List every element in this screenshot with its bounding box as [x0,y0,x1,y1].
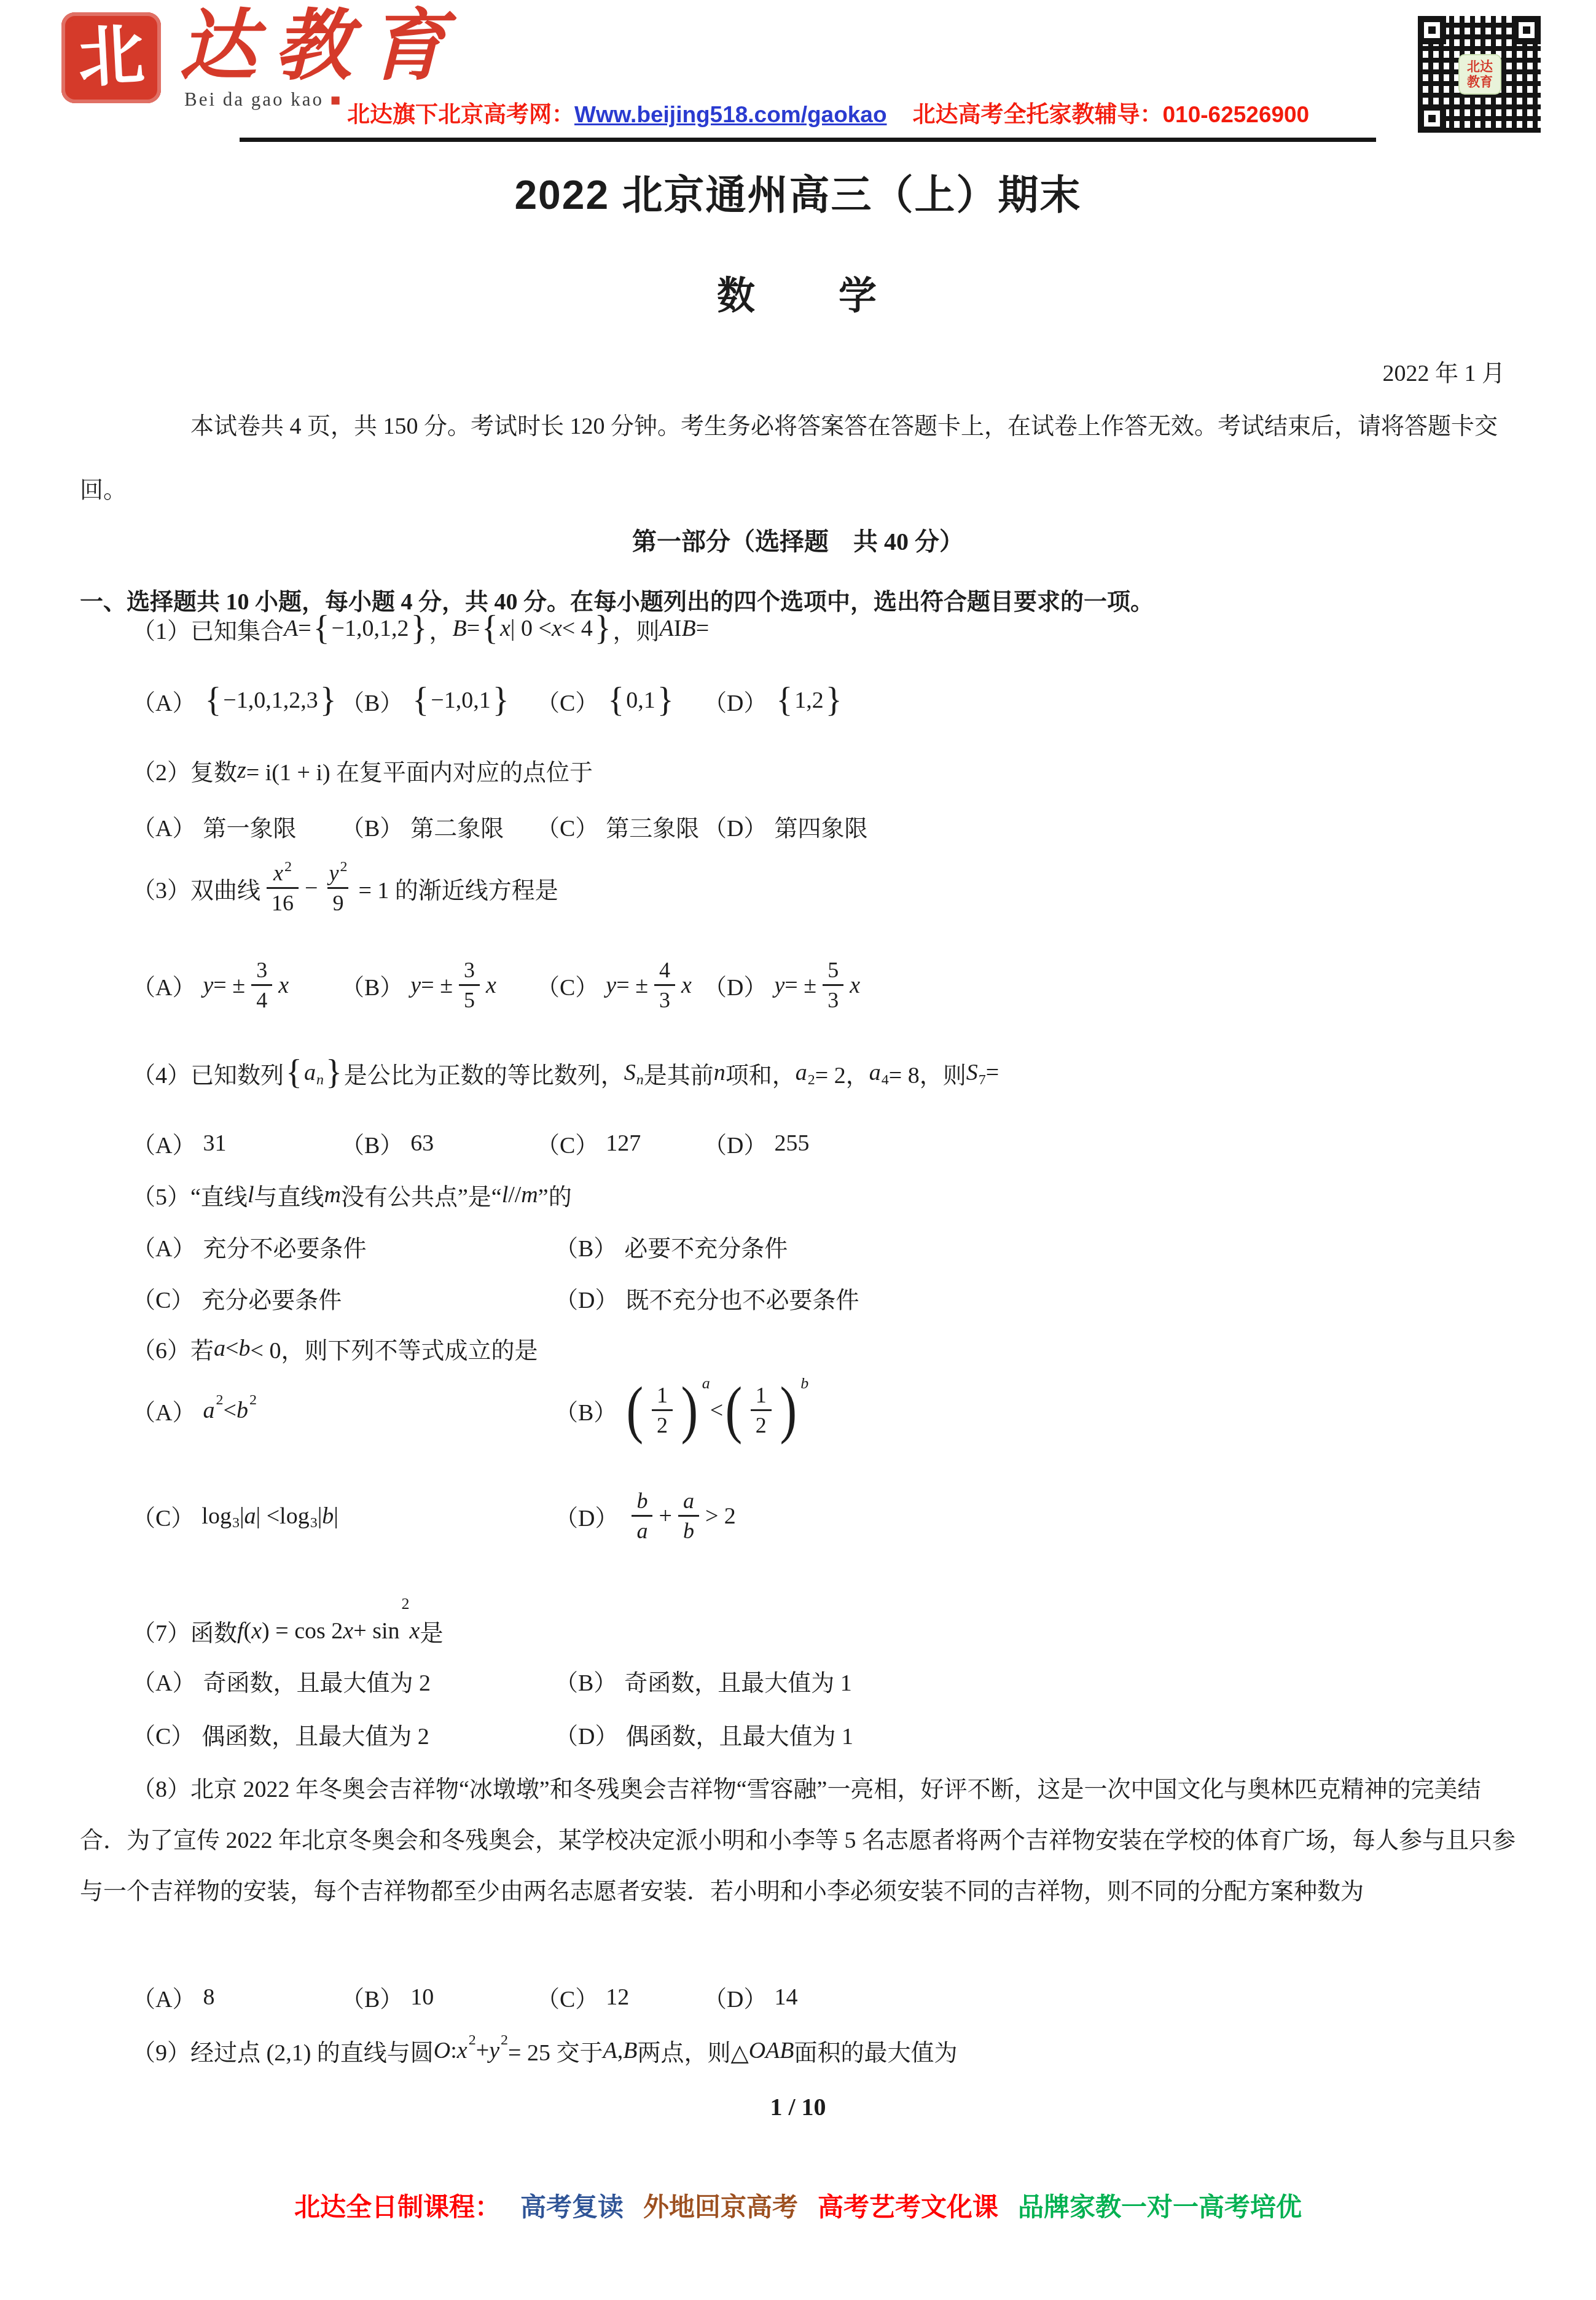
option-label: （B） [555,1664,617,1697]
option-q1-c: （C）{0,1} [536,683,703,718]
promo-segment: 高考复读 [520,2192,624,2221]
option-label: （A） [132,1229,195,1263]
page-number: 1 / 10 [0,2092,1596,2121]
option-label: （D） [555,1717,618,1751]
logo-seal-character: 北 [76,23,146,93]
option-label: （A） [132,1126,195,1160]
option-q4-b: （B）63 [341,1126,536,1160]
section-heading: 第一部分（选择题 共 40 分） [0,522,1596,557]
option-label: （D） [703,968,767,1002]
option-label: （B） [341,684,403,718]
option-label: （C） [132,1499,194,1533]
brace: { [776,683,792,718]
option-q1-d: （D）{1,2} [703,683,844,718]
option-q6-c: （C）log3|a| < log3|b| [132,1499,555,1533]
question-4-options: （A）31（B）63（C）127（D）255 [80,1126,1524,1160]
website-link[interactable]: Www.beijing518.com/gaokao [574,102,887,127]
brace: } [326,1055,342,1090]
brace: } [320,683,337,718]
fraction: 12 [652,1381,673,1439]
logo-red-square-icon: ■ [331,91,342,109]
option-label: （C） [536,684,598,718]
option-q5-d: （D）既不充分也不必要条件 [555,1281,859,1315]
option-label: （B） [341,968,403,1002]
fraction: 53 [823,956,843,1014]
intro-paragraph: 本试卷共 4 页，共 150 分。考试时长 120 分钟。考生务必将答案答在答题… [80,394,1520,522]
fraction: 34 [251,956,272,1014]
option-q1-b: （B）{−1,0,1} [341,683,536,718]
option-label: （B） [555,1393,617,1427]
option-label: （A） [132,968,195,1002]
question-6-options: （C）log3|a| < log3|b|（D）ba + ab > 2 [80,1487,1524,1545]
option-label: （D） [703,809,767,843]
question-8-options: （A）8（B）10（C）12（D）14 [80,1980,1524,2014]
brace: } [595,611,611,646]
question-7-options: （C）偶函数，且最大值为 2（D）偶函数，且最大值为 1 [80,1717,1524,1751]
question-7-options: （A）奇函数，且最大值为 2（B）奇函数，且最大值为 1 [80,1664,1524,1697]
option-q8-d: （D）14 [703,1980,797,2014]
option-label: （A） [132,1664,195,1697]
option-q3-d: （D）y = ±53x [703,956,860,1014]
option-q2-d: （D）第四象限 [703,809,867,843]
option-q2-a: （A）第一象限 [132,809,341,843]
option-label: （C） [132,1281,194,1315]
option-label: （D） [703,684,767,718]
brace: } [411,611,428,646]
option-q7-a: （A）奇函数，且最大值为 2 [132,1664,555,1697]
option-label: （D） [555,1499,618,1533]
option-label: （B） [341,1980,403,2014]
qr-finder-pattern [1418,16,1446,44]
option-q4-d: （D）255 [703,1126,809,1160]
option-q4-a: （A）31 [132,1126,341,1160]
question-3-options: （A）y = ±34x（B）y = ±35x（C）y = ±43x（D）y = … [80,956,1524,1014]
big-paren: ( [726,1383,743,1437]
qr-finder-pattern [1418,104,1446,133]
option-label: （A） [132,684,195,718]
option-label: （B） [341,1126,403,1160]
option-label: （D） [703,1980,767,2014]
header-divider [240,138,1376,142]
qr-code: 北达 教育 [1418,16,1541,133]
question-1-stem: （1）已知集合 A = {−1,0,1,2}， B = {x | 0 < x <… [80,611,1524,646]
qr-finder-pattern [1512,16,1541,44]
fraction: ab [678,1487,699,1545]
question-9-stem: （9）经过点 (2,1) 的直线与圆 O : x2 + y2 = 25 交于 A… [80,2033,1524,2067]
brace: { [205,683,221,718]
option-label: （D） [703,1126,767,1160]
fraction: 12 [751,1381,772,1439]
promo-segment: 高考艺考文化课 [818,2192,998,2221]
fraction: x216 [267,859,299,917]
option-q1-a: （A）{−1,0,1,2,3} [132,683,341,718]
footer-promo: 北达全日制课程：高考复读外地回京高考高考艺考文化课品牌家教一对一高考培优 [0,2187,1596,2224]
option-label: （C） [536,1980,598,2014]
option-q5-b: （B）必要不充分条件 [555,1229,788,1263]
option-q6-d: （D）ba + ab > 2 [555,1487,736,1545]
logo-seal: 北 [61,12,161,103]
option-label: （A） [132,1393,195,1427]
header-prefix: 北达旗下北京高考网： [347,102,574,127]
exam-page: 北 达教育 Bei da gao kao ■ 北达旗下北京高考网：Www.bei… [0,0,1596,2300]
brace: } [493,683,509,718]
question-2-stem: （2）复数 z = i(1 + i) 在复平面内对应的点位于 [80,753,1524,787]
brace: { [608,683,624,718]
option-label: （C） [536,968,598,1002]
brace: { [286,1055,302,1090]
option-label: （A） [132,809,195,843]
option-q3-c: （C）y = ±43x [536,956,703,1014]
brace: } [826,683,842,718]
option-q4-c: （C）127 [536,1126,703,1160]
option-label: （C） [536,1126,598,1160]
option-q7-d: （D）偶函数，且最大值为 1 [555,1717,853,1751]
question-8-stem: （8）北京 2022 年冬奥会吉祥物“冰墩墩”和冬残奥会吉祥物“雪容融”一亮相，… [80,1764,1524,1917]
promo-segment: 北达全日制课程： [294,2192,501,2221]
logo-script-text: 达教育 [179,1,463,93]
logo-subtitle: Bei da gao kao ■ [184,88,342,111]
fraction: y29 [324,859,352,917]
option-q2-c: （C）第三象限 [536,809,703,843]
option-label: （C） [132,1717,194,1751]
promo-segment: 外地回京高考 [643,2192,798,2221]
exam-title: 2022 北京通州高三（上）期末 [0,162,1596,221]
option-q3-a: （A）y = ±34x [132,956,341,1014]
question-5-options: （A）充分不必要条件（B）必要不充分条件 [80,1229,1524,1263]
qr-center-logo: 北达 教育 [1458,54,1501,95]
option-label: （B） [555,1229,617,1263]
question-3-stem: （3）双曲线 x216 − y29 = 1 的渐近线方程是 [80,859,1524,917]
brace: { [313,611,330,646]
question-5-options: （C）充分必要条件（D）既不充分也不必要条件 [80,1281,1524,1315]
logo-subtitle-text: Bei da gao kao [184,88,324,110]
option-q3-b: （B）y = ±35x [341,956,536,1014]
question-5-stem: （5）“直线 l 与直线 m 没有公共点”是“l // m”的 [80,1178,1524,1211]
question-6-options: （A）a2 < b2（B）(12)a < (12)b [80,1381,1524,1439]
exam-date: 2022 年 1 月 [1382,354,1505,388]
promo-segment: 品牌家教一对一高考培优 [1018,2192,1302,2221]
header-contact-line: 北达旗下北京高考网：Www.beijing518.com/gaokao北达高考全… [347,96,1309,129]
question-7-stem: （7）函数 f (x) = cos 2x + sin2x 是 [80,1614,1524,1648]
option-label: （D） [555,1281,618,1315]
brace: } [657,683,674,718]
option-q6-b: （B）(12)a < (12)b [555,1381,808,1439]
question-4-stem: （4）已知数列 {an} 是公比为正数的等比数列， Sn 是其前 n 项和， a… [80,1055,1524,1090]
option-label: （C） [536,809,598,843]
option-q5-c: （C）充分必要条件 [132,1281,555,1315]
option-q2-b: （B）第二象限 [341,809,536,843]
option-q5-a: （A）充分不必要条件 [132,1229,555,1263]
option-q7-b: （B）奇函数，且最大值为 1 [555,1664,852,1697]
header-suffix: 北达高考全托家教辅导：010-62526900 [913,102,1310,127]
brace: { [482,611,498,646]
big-paren: ( [627,1383,644,1437]
fraction: 43 [654,956,675,1014]
exam-subject: 数 学 [0,265,1596,320]
brace: { [412,683,429,718]
option-label: （A） [132,1980,195,2014]
question-6-stem: （6）若 a < b < 0，则下列不等式成立的是 [80,1331,1524,1365]
option-q7-c: （C）偶函数，且最大值为 2 [132,1717,555,1751]
option-q8-c: （C）12 [536,1980,703,2014]
option-label: （B） [341,809,403,843]
fraction: ba [632,1487,652,1545]
option-q6-a: （A）a2 < b2 [132,1393,555,1427]
option-q8-a: （A）8 [132,1980,341,2014]
big-paren: ) [681,1383,698,1437]
question-1-options: （A）{−1,0,1,2,3}（B）{−1,0,1}（C）{0,1}（D）{1,… [80,683,1524,718]
question-2-options: （A）第一象限（B）第二象限（C）第三象限（D）第四象限 [80,809,1524,843]
option-q8-b: （B）10 [341,1980,536,2014]
big-paren: ) [780,1383,797,1437]
fraction: 35 [459,956,480,1014]
